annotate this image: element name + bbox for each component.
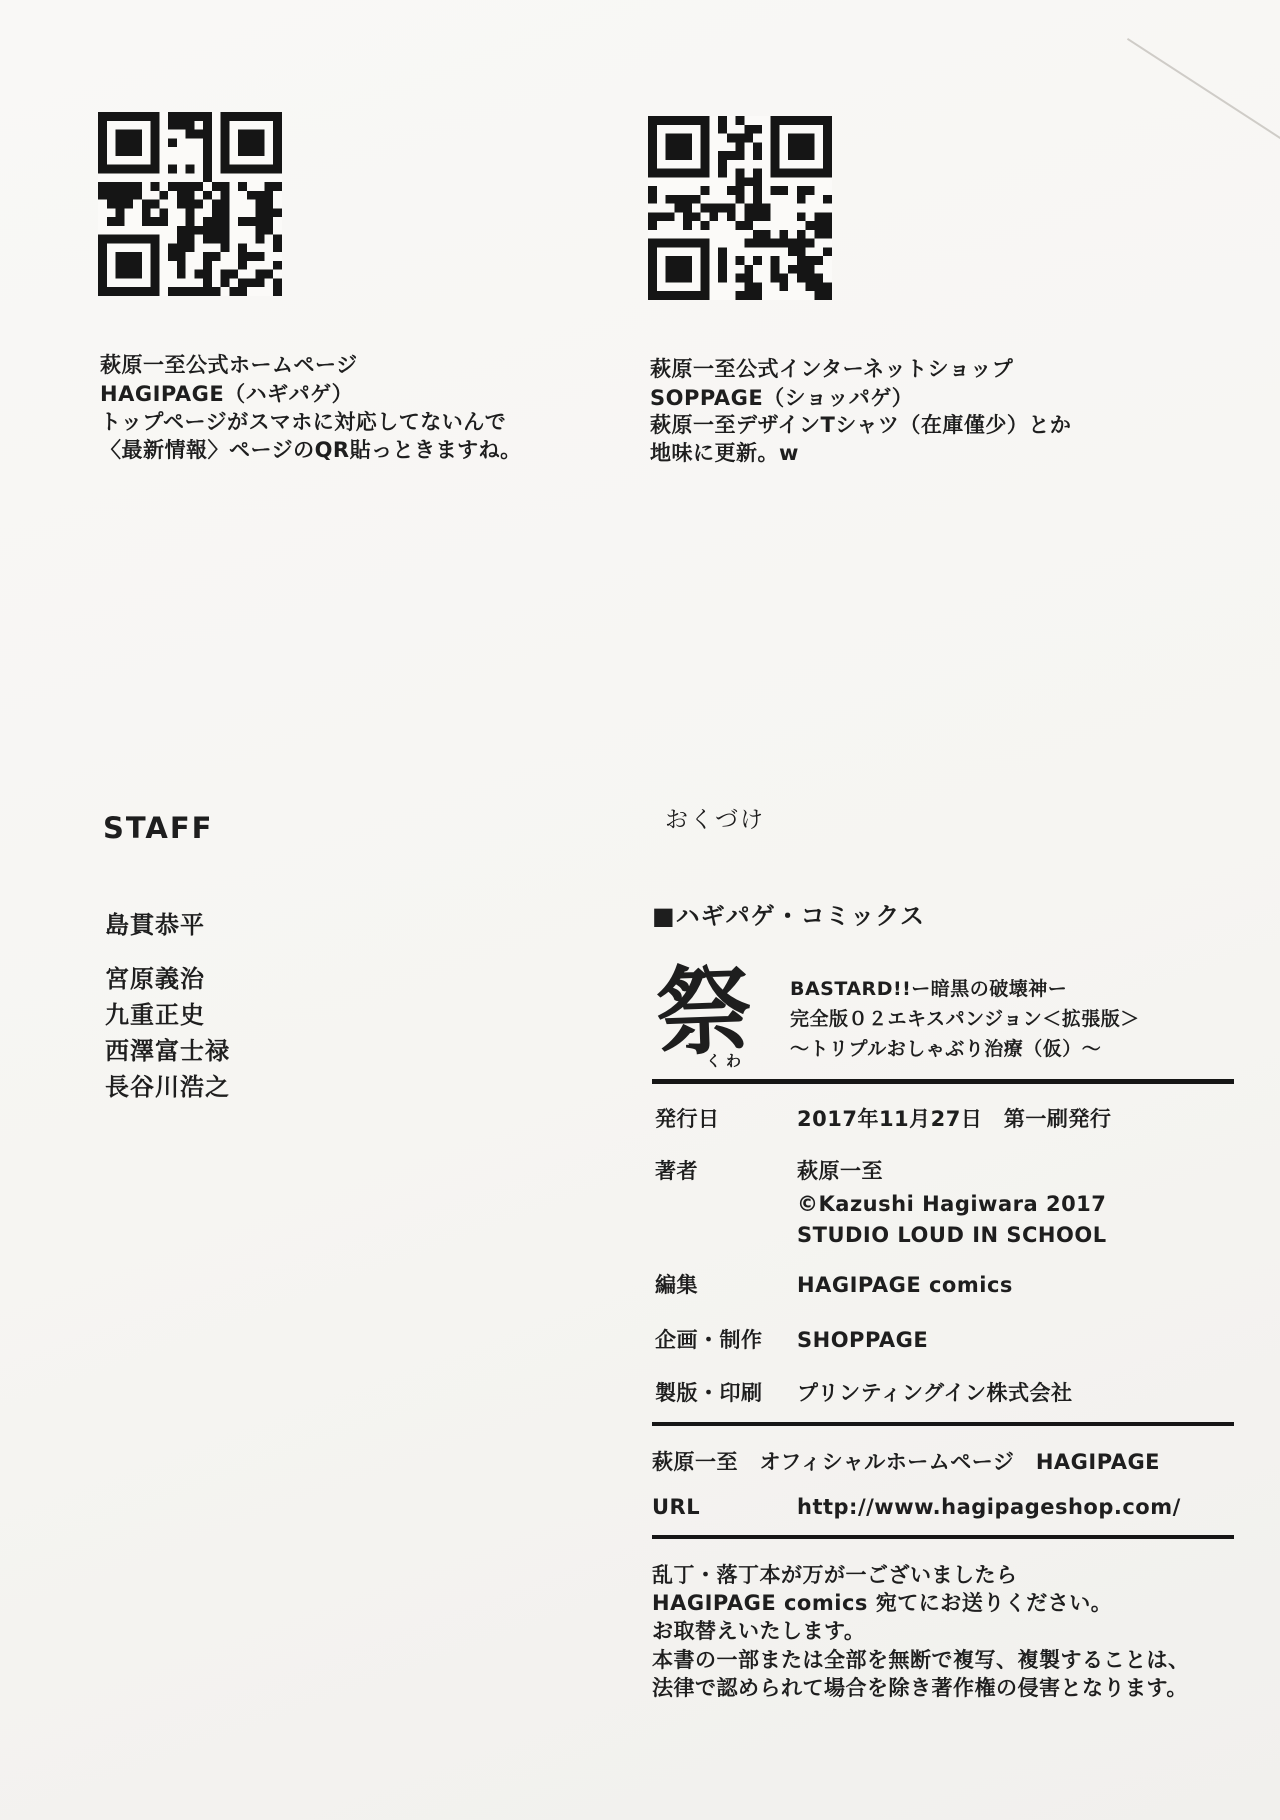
colophon-row-value: SHOPPAGE [797,1327,928,1353]
colophon-row-value: プリンティングイン株式会社 [797,1380,1073,1406]
official-site-line: 萩原一至 オフィシャルホームページ HAGIPAGE [652,1449,1160,1475]
staff-name: 島貫恭平 [105,910,205,940]
colophon-row-label: 著者 [655,1158,698,1184]
shop-note-line: 萩原一至公式インターネットショップ [650,356,1013,382]
colophon-row-value: STUDIO LOUD IN SCHOOL [797,1222,1107,1248]
notice-line: お取替えいたします。 [652,1618,865,1644]
book-title-line: 〜トリプルおしゃぶり治療（仮）〜 [790,1038,1101,1062]
okuzuke-heading: おくづけ [665,806,765,835]
colophon-row-label: 企画・制作 [655,1327,763,1353]
colophon-row-value: 2017年11月27日 第一刷発行 [797,1106,1111,1132]
homepage-note-line: トップページがスマホに対応してないんで [100,409,506,435]
shop-note-line: SOPPAGE（ショッパゲ） [650,385,913,411]
qr-code-shop-icon [648,116,832,300]
colophon-row-value: 萩原一至 [797,1158,883,1184]
imprint-label: ■ハギパゲ・コミックス [652,901,925,931]
notice-line: 乱丁・落丁本が万が一ございましたら [652,1562,1018,1588]
colophon-row-value: HAGIPAGE comics [797,1272,1013,1298]
colophon-page: 萩原一至公式ホームページ HAGIPAGE（ハギパゲ） トップページがスマホに対… [0,0,1280,1820]
colophon-row-label: 編集 [655,1272,698,1298]
divider [652,1079,1234,1084]
staff-name: 西澤富士禄 [105,1036,230,1066]
scan-scratch-artifact [1127,38,1280,154]
publisher-logo: 祭 [654,962,753,1061]
staff-name: 宮原義治 [105,964,205,994]
staff-heading: STAFF [103,810,213,846]
homepage-note-line: 〈最新情報〉ページのQR貼っときますね。 [100,437,522,463]
notice-line: HAGIPAGE comics 宛てにお送りください。 [652,1590,1112,1616]
homepage-note-line: HAGIPAGE（ハギパゲ） [100,381,353,407]
url-label: URL [652,1494,700,1520]
publisher-logo-furigana: くわ [706,1052,746,1071]
url-value: http://www.hagipageshop.com/ [797,1494,1181,1520]
notice-line: 法律で認められて場合を除き著作権の侵害となります。 [652,1675,1188,1701]
qr-code-homepage-icon [98,112,282,296]
divider [652,1422,1234,1426]
divider [652,1535,1234,1539]
homepage-note-line: 萩原一至公式ホームページ [100,352,358,378]
book-title-line: 完全版０２エキスパンジョン＜拡張版＞ [790,1008,1140,1032]
colophon-row-value: ©Kazushi Hagiwara 2017 [797,1191,1106,1217]
colophon-row-label: 発行日 [655,1106,720,1132]
staff-name: 長谷川浩之 [105,1072,230,1102]
notice-line: 本書の一部または全部を無断で複写、複製することは、 [652,1647,1190,1673]
staff-name: 九重正史 [105,1000,205,1030]
colophon-row-label: 製版・印刷 [655,1380,763,1406]
shop-note-line: 萩原一至デザインTシャツ（在庫僅少）とか [650,412,1071,438]
book-title-line: BASTARD!!ー暗黒の破壊神ー [790,978,1067,1002]
shop-note-line: 地味に更新。w [650,440,799,466]
